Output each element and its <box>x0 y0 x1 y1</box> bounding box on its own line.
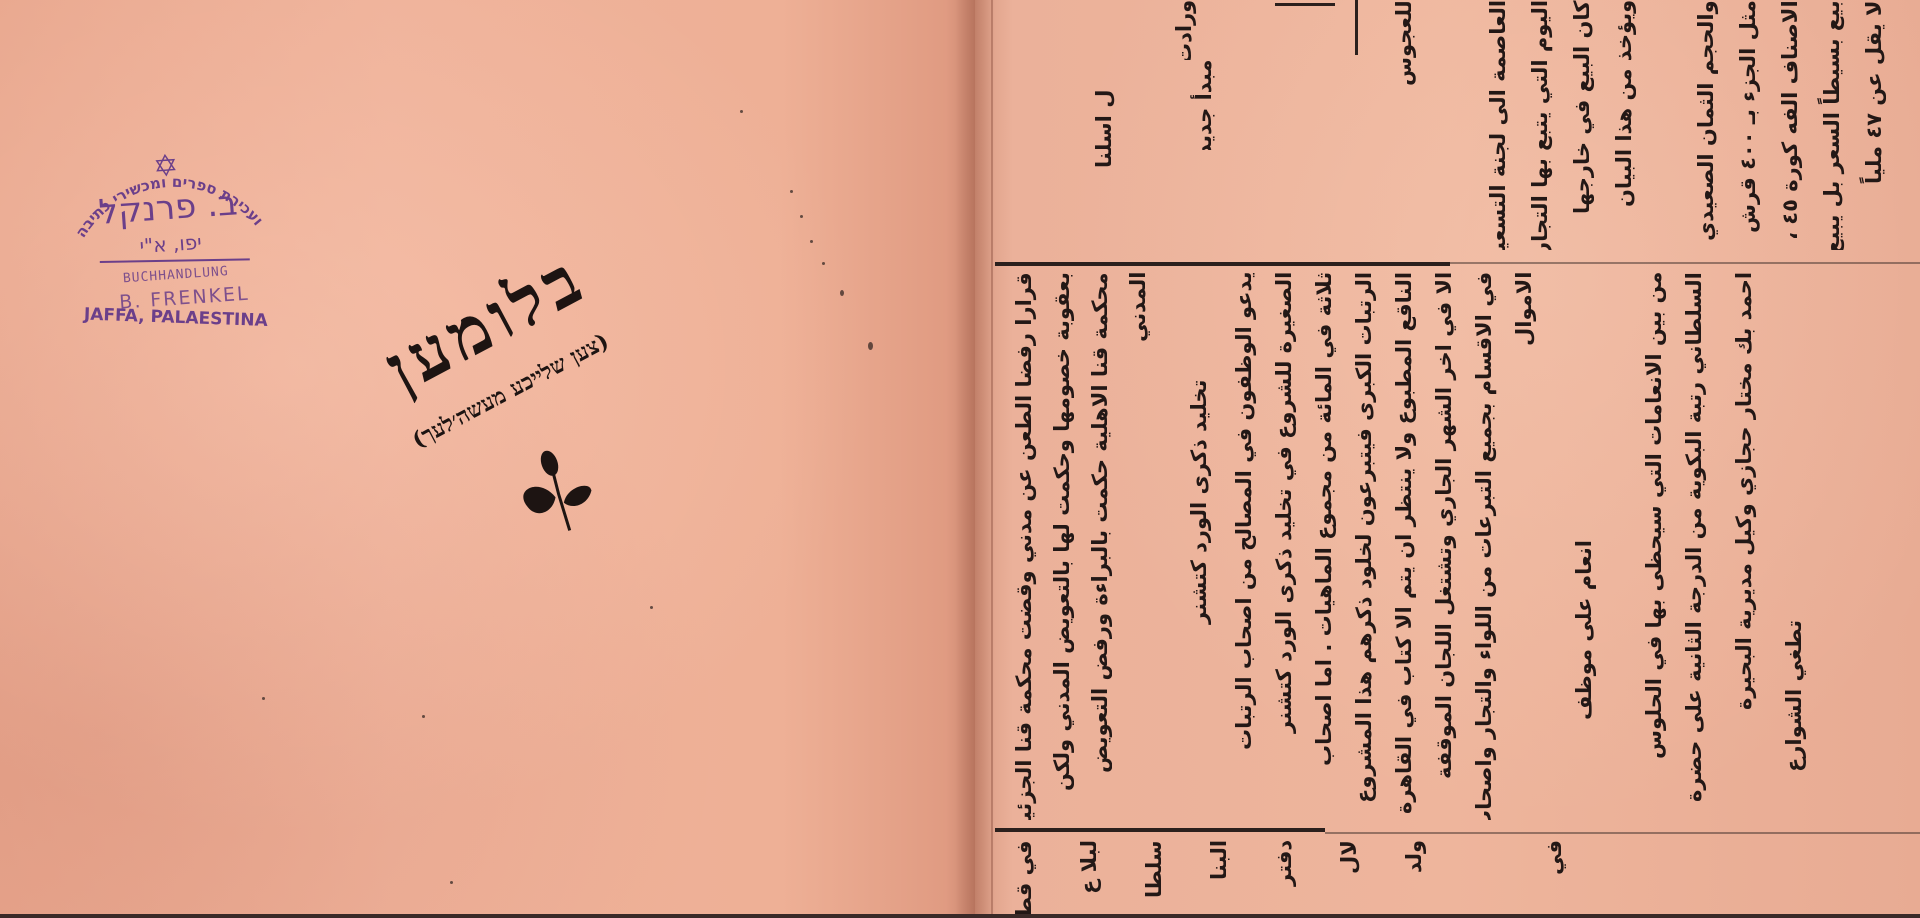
newspaper-line: من بين الانعامات التي سيحظى بها في الحلو… <box>1635 272 1673 820</box>
newspaper-line: الناقع المطبوع ولا ينتظر ان يتم الا كتاب… <box>1385 272 1423 820</box>
photo-bottom-edge <box>0 914 1920 918</box>
short-rule <box>1355 0 1358 55</box>
newspaper-fragment: سلطا <box>1135 840 1173 918</box>
newspaper-fragment: ولد <box>1395 840 1433 918</box>
newspaper-line: بعقوبة خصومها وحكمت لها بالتعويض المدني … <box>1043 272 1081 820</box>
newspaper-fragment: لال <box>1330 840 1368 918</box>
left-page: ועכירת ספרים ומכשירי כתיבה ✡ ב. פרנקל יפ… <box>0 0 975 918</box>
newspaper-line: ويؤخذ من هذا البيان <box>1605 0 1645 250</box>
bookseller-stamp: ועכירת ספרים ומכשירי כתיבה ✡ ב. פרנקל יפ… <box>32 101 309 369</box>
star-of-david-icon: ✡ <box>152 151 179 183</box>
newspaper-line: ل اسلنا <box>1085 90 1125 180</box>
newspaper-line: بيع بسيطاً السعر بل يبيع <box>1813 0 1853 250</box>
arabic-newspaper-fragment: لا يقل عن ٤٧ ملياً بيع بسيطاً السعر بل ي… <box>975 0 1920 918</box>
newspaper-line: لا يقل عن ٤٧ ملياً <box>1855 0 1895 250</box>
newspaper-line: الاموال <box>1505 272 1543 422</box>
newspaper-line: مبدأ جديد <box>1185 60 1225 150</box>
newspaper-line: تطغي الشوارع <box>1775 620 1813 820</box>
newspaper-fragment: لبلا ع <box>1070 840 1108 918</box>
newspaper-fragment: دفتر <box>1265 840 1303 918</box>
newspaper-heading: تخليد ذكرى الورد كتشنر <box>1180 380 1218 820</box>
newspaper-fragment: في <box>1535 840 1573 918</box>
newspaper-line: الاصناف الفه كورة ٤٥ ، <box>1771 0 1811 250</box>
newspaper-heading: انعام على موظف <box>1565 540 1603 820</box>
flower-icon <box>515 445 595 535</box>
newspaper-line: احمد بك مختار حجازي وكيل مديرية البحيرة <box>1725 272 1763 820</box>
newspaper-line: يدعو الوظفون في المصالح من اصحاب الرتبات <box>1225 272 1263 820</box>
newspaper-fragment: البنا <box>1200 840 1238 918</box>
newspaper-line: والحجم الثمان الصعيدي <box>1687 0 1727 250</box>
newspaper-line: اليوم التي يتبع بها التجار <box>1521 0 1561 250</box>
newspaper-line: للعجوس <box>1385 0 1425 110</box>
newspaper-line: الا في اخر الشهر الجاري وتشتغل اللجان ال… <box>1425 272 1463 820</box>
column-rule <box>995 262 1450 266</box>
newspaper-line: السلطاني رتبة البكوية من الدرجة الثانية … <box>1675 272 1713 820</box>
newspaper-line: مثل الجزء بـ ٤٠٠ قرش <box>1729 0 1769 250</box>
newspaper-fragment: في قط <box>1005 840 1043 918</box>
page-edge <box>991 0 993 918</box>
column-rule <box>995 828 1325 832</box>
newspaper-line: الصغيرة للشروع في تخليد ذكرى الورد كتشنر <box>1265 272 1303 820</box>
column-rule-faint <box>1325 832 1920 834</box>
newspaper-line: محكمة قنا الاهلية حكمت بالبراءة ورفض الت… <box>1081 272 1119 820</box>
column-rule-faint <box>1445 262 1920 264</box>
newspaper-line: قرارا رفضا الطعن عن مدني وقضت محكمة قنا … <box>1005 272 1043 820</box>
short-rule <box>1275 3 1335 6</box>
book-spread: ועכירת ספרים ומכשירי כתיבה ✡ ב. פרנקל יפ… <box>0 0 1920 918</box>
newspaper-line: الرتبات الكبرى فيتبرعون لخلود ذكرهم هذا … <box>1345 272 1383 820</box>
newspaper-line: في الاقسام بجميع التبرعات من اللواء والت… <box>1465 272 1503 820</box>
newspaper-line: العاصمة الى لجنة التسعير <box>1479 0 1519 250</box>
title-block: בלומען (צען שלייכע מעשה׳לעך) <box>290 191 730 590</box>
newspaper-line: ورادت <box>1165 0 1205 60</box>
newspaper-line: المدني <box>1119 272 1157 372</box>
newspaper-line: كان البيع في خارجها <box>1563 0 1603 250</box>
newspaper-line: ثلاثة في المائة من مجموع الماهيات . اما … <box>1305 272 1343 820</box>
